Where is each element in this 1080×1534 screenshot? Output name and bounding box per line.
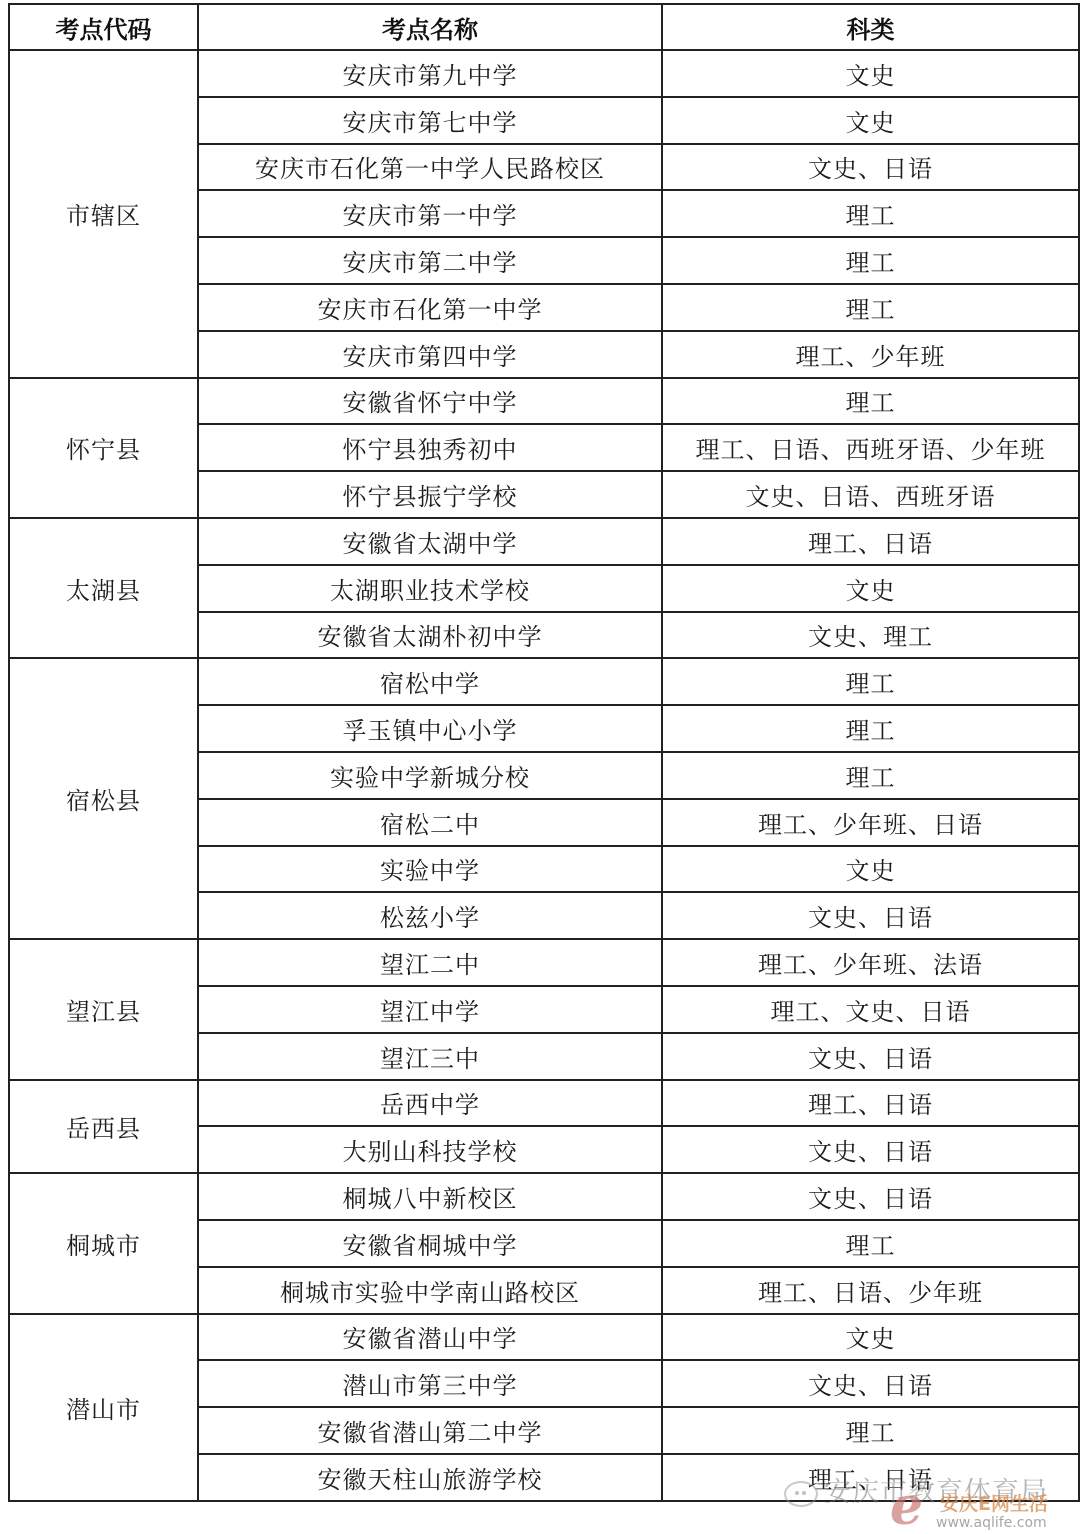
site-name-cell: 安庆市石化第一中学人民路校区 — [198, 144, 662, 191]
header-site-name: 考点名称 — [198, 4, 662, 50]
site-name-cell: 桐城八中新校区 — [198, 1173, 662, 1220]
subject-cell: 文史、日语 — [662, 1360, 1079, 1407]
district-cell: 宿松县 — [9, 658, 198, 939]
site-name-cell: 安庆市第二中学 — [198, 237, 662, 284]
site-name-cell: 望江中学 — [198, 986, 662, 1033]
site-name-cell: 实验中学新城分校 — [198, 752, 662, 799]
subject-cell: 理工、日语 — [662, 518, 1079, 565]
district-cell: 桐城市 — [9, 1173, 198, 1313]
table-row: 怀宁县 安徽省怀宁中学 理工 — [9, 378, 1079, 425]
subject-cell: 理工 — [662, 705, 1079, 752]
subject-cell: 理工 — [662, 658, 1079, 705]
subject-cell: 理工 — [662, 752, 1079, 799]
table-row: 潜山市 安徽省潜山中学 文史 — [9, 1314, 1079, 1361]
subject-cell: 文史、日语 — [662, 1126, 1079, 1173]
subject-cell: 文史、理工 — [662, 612, 1079, 659]
site-name-cell: 安庆市第一中学 — [198, 190, 662, 237]
header-district-code: 考点代码 — [9, 4, 198, 50]
subject-cell: 理工、少年班、法语 — [662, 939, 1079, 986]
site-url: www.aqlife.com — [936, 1515, 1047, 1531]
site-name-cell: 潜山市第三中学 — [198, 1360, 662, 1407]
subject-cell: 文史 — [662, 565, 1079, 612]
table-row: 望江县 望江二中 理工、少年班、法语 — [9, 939, 1079, 986]
district-cell: 怀宁县 — [9, 378, 198, 518]
subject-cell: 理工 — [662, 284, 1079, 331]
site-name-cell: 安庆市第四中学 — [198, 331, 662, 378]
site-name-cell: 宿松二中 — [198, 799, 662, 846]
table-header-row: 考点代码 考点名称 科类 — [9, 4, 1079, 50]
exam-site-table: 考点代码 考点名称 科类 市辖区 安庆市第九中学 文史 安庆市第七中学 文史 安… — [8, 3, 1080, 1502]
site-name-cell: 安徽省怀宁中学 — [198, 378, 662, 425]
table-row: 太湖县 安徽省太湖中学 理工、日语 — [9, 518, 1079, 565]
header-subject: 科类 — [662, 4, 1079, 50]
site-name-cell: 安徽省桐城中学 — [198, 1220, 662, 1267]
table-row: 宿松县 宿松中学 理工 — [9, 658, 1079, 705]
subject-cell: 理工 — [662, 378, 1079, 425]
subject-cell: 文史 — [662, 1314, 1079, 1361]
table-row: 市辖区 安庆市第九中学 文史 — [9, 50, 1079, 97]
district-cell: 太湖县 — [9, 518, 198, 658]
site-name-cell: 怀宁县振宁学校 — [198, 471, 662, 518]
site-name-cell: 孚玉镇中心小学 — [198, 705, 662, 752]
site-name-cell: 安徽省太湖朴初中学 — [198, 612, 662, 659]
subject-cell: 理工、日语、少年班 — [662, 1267, 1079, 1314]
site-name-cell: 望江三中 — [198, 1033, 662, 1080]
site-name-cell: 桐城市实验中学南山路校区 — [198, 1267, 662, 1314]
site-name-cell: 宿松中学 — [198, 658, 662, 705]
table-row: 桐城市 桐城八中新校区 文史、日语 — [9, 1173, 1079, 1220]
table-row: 岳西县 岳西中学 理工、日语 — [9, 1080, 1079, 1127]
site-name-cell: 安徽天柱山旅游学校 — [198, 1454, 662, 1501]
subject-cell: 理工、少年班、日语 — [662, 799, 1079, 846]
site-name-cell: 岳西中学 — [198, 1080, 662, 1127]
site-name-cell: 实验中学 — [198, 846, 662, 893]
site-name-cell: 大别山科技学校 — [198, 1126, 662, 1173]
subject-cell: 理工、文史、日语 — [662, 986, 1079, 1033]
subject-cell: 理工 — [662, 1407, 1079, 1454]
site-name-cell: 太湖职业技术学校 — [198, 565, 662, 612]
site-name-cell: 松兹小学 — [198, 892, 662, 939]
subject-cell: 文史、日语、西班牙语 — [662, 471, 1079, 518]
subject-cell: 理工、少年班 — [662, 331, 1079, 378]
district-cell: 岳西县 — [9, 1080, 198, 1174]
site-name-cell: 安庆市石化第一中学 — [198, 284, 662, 331]
subject-cell: 理工、日语 — [662, 1454, 1079, 1501]
subject-cell: 理工 — [662, 190, 1079, 237]
subject-cell: 理工 — [662, 237, 1079, 284]
site-name-cell: 怀宁县独秀初中 — [198, 424, 662, 471]
table-body: 市辖区 安庆市第九中学 文史 安庆市第七中学 文史 安庆市石化第一中学人民路校区… — [9, 50, 1079, 1501]
site-name-cell: 望江二中 — [198, 939, 662, 986]
district-cell: 潜山市 — [9, 1314, 198, 1501]
district-cell: 望江县 — [9, 939, 198, 1079]
subject-cell: 文史 — [662, 97, 1079, 144]
subject-cell: 文史、日语 — [662, 1173, 1079, 1220]
district-cell: 市辖区 — [9, 50, 198, 378]
site-name-cell: 安徽省太湖中学 — [198, 518, 662, 565]
subject-cell: 理工 — [662, 1220, 1079, 1267]
subject-cell: 文史、日语 — [662, 144, 1079, 191]
subject-cell: 文史 — [662, 846, 1079, 893]
subject-cell: 文史 — [662, 50, 1079, 97]
site-name-cell: 安徽省潜山第二中学 — [198, 1407, 662, 1454]
subject-cell: 理工、日语、西班牙语、少年班 — [662, 424, 1079, 471]
subject-cell: 文史、日语 — [662, 1033, 1079, 1080]
site-name-cell: 安庆市第七中学 — [198, 97, 662, 144]
site-name-cell: 安庆市第九中学 — [198, 50, 662, 97]
site-name-cell: 安徽省潜山中学 — [198, 1314, 662, 1361]
subject-cell: 理工、日语 — [662, 1080, 1079, 1127]
subject-cell: 文史、日语 — [662, 892, 1079, 939]
